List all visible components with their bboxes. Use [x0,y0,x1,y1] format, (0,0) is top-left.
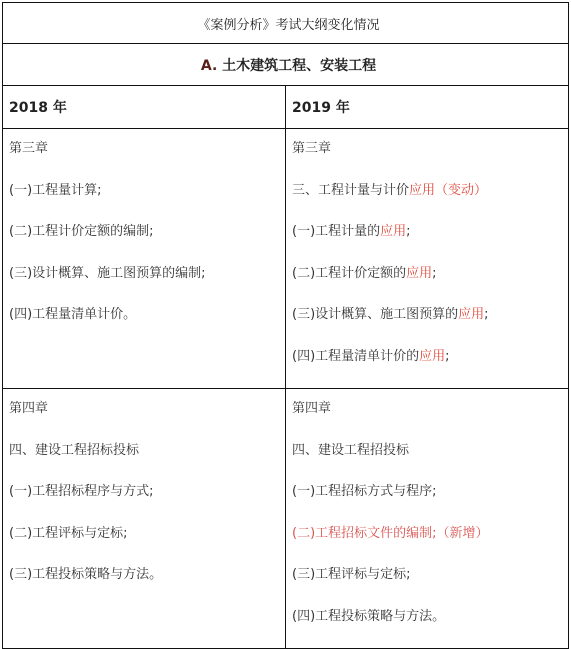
list-item: 第四章 [292,399,568,441]
item-text: (一)工程计量的 [292,224,380,239]
highlight-change: 应用 [380,224,406,239]
item-tail: ; [484,307,488,322]
table-row-chapter-4: 第四章 四、建设工程招标投标 (一)工程招标程序与方式; (二)工程评标与定标;… [3,389,569,649]
item-text: (四)工程量清单计价的 [292,349,419,364]
list-item: 四、建设工程招投标 [292,441,568,483]
cell-2018-chapter-4: 第四章 四、建设工程招标投标 (一)工程招标程序与方式; (二)工程评标与定标;… [3,389,286,649]
list-item: 第四章 [9,399,285,441]
list-item: (三)工程评标与定标; [292,565,568,607]
list-item: 三、工程计量与计价应用（变动） [292,181,568,223]
list-item: (三)设计概算、施工图预算的应用; [292,305,568,347]
list-item: (一)工程招标方式与程序; [292,482,568,524]
list-item: (二)工程评标与定标; [9,524,285,566]
column-header-2019: 2019 年 [286,86,569,129]
cell-2019-chapter-3: 第三章 三、工程计量与计价应用（变动） (一)工程计量的应用; (二)工程计价定… [286,129,569,389]
item-tail: ; [432,266,436,281]
section-letter: A. [201,58,217,74]
list-item-new: (二)工程招标文件的编制;（新增） [292,524,568,566]
list-item: 四、建设工程招标投标 [9,441,285,483]
list-item: (三)工程投标策略与方法。 [9,565,285,607]
list-item: (四)工程投标策略与方法。 [292,607,568,649]
list-item: (三)设计概算、施工图预算的编制; [9,264,285,306]
item-text: 第三章 [292,141,331,156]
list-item: 第三章 [292,139,568,181]
item-text: (三)设计概算、施工图预算的 [292,307,458,322]
list-item: 第三章 [9,139,285,181]
list-item: (二)工程计价定额的应用; [292,264,568,306]
highlight-change: 应用 [419,349,445,364]
list-item: (一)工程招标程序与方式; [9,482,285,524]
cell-2018-chapter-3: 第三章 (一)工程量计算; (二)工程计价定额的编制; (三)设计概算、施工图预… [3,129,286,389]
highlight-change: 应用（变动） [409,183,487,198]
syllabus-change-table: 《案例分析》考试大纲变化情况 A. 土木建筑工程、安装工程 2018 年 201… [2,2,569,649]
item-tail: ; [445,349,449,364]
list-item: (四)工程量清单计价的应用; [292,347,568,389]
item-text: (二)工程计价定额的 [292,266,406,281]
section-heading: A. 土木建筑工程、安装工程 [3,44,569,86]
cell-2019-chapter-4: 第四章 四、建设工程招投标 (一)工程招标方式与程序; (二)工程招标文件的编制… [286,389,569,649]
item-text: 三、工程计量与计价 [292,183,409,198]
list-item: (四)工程量清单计价。 [9,305,285,347]
highlight-change: 应用 [458,307,484,322]
list-item: (一)工程计量的应用; [292,222,568,264]
list-item: (二)工程计价定额的编制; [9,222,285,264]
highlight-change: 应用 [406,266,432,281]
list-item: (一)工程量计算; [9,181,285,223]
column-header-2018: 2018 年 [3,86,286,129]
table-title: 《案例分析》考试大纲变化情况 [3,3,569,44]
item-tail: ; [406,224,410,239]
table-row-chapter-3: 第三章 (一)工程量计算; (二)工程计价定额的编制; (三)设计概算、施工图预… [3,129,569,389]
section-label: 土木建筑工程、安装工程 [217,58,376,74]
